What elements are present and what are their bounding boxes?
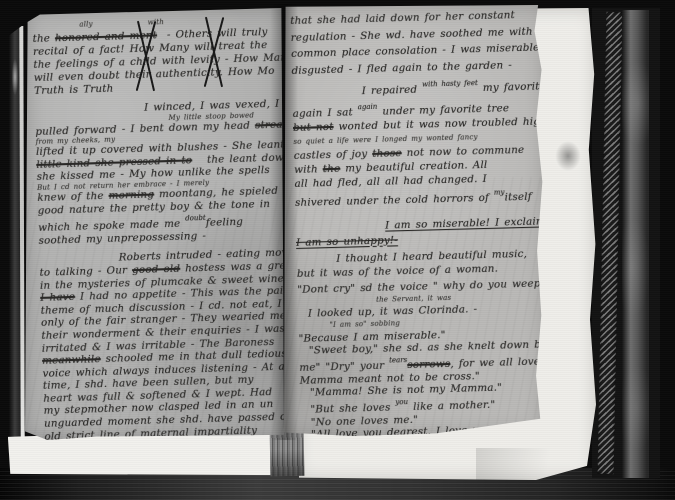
handwriting-segment: you xyxy=(395,398,408,406)
paragraph: I winced, I was vexed, I was My little s… xyxy=(35,98,284,248)
paragraph: ally withthe honored and ment - Others w… xyxy=(32,13,280,98)
handwriting-segment: my favorite haunt, xyxy=(478,79,546,94)
handwriting-segment: not now to commune xyxy=(401,144,524,159)
light-reflection xyxy=(11,54,19,100)
handwriting-segment: I repaired xyxy=(292,84,422,99)
paragraph: that she had laid down for her constantr… xyxy=(290,7,538,79)
manuscript-page-right: that she had laid down for her constantr… xyxy=(284,5,546,436)
handwriting-segment: like a mother." xyxy=(408,399,496,413)
handwriting-segment: the leant down xyxy=(192,151,284,166)
paragraph: I am so miserable! I exclaimedI am so un… xyxy=(295,214,542,250)
handwriting-left: ally withthe honored and ment - Others w… xyxy=(32,13,284,440)
handwriting-segment: doubt xyxy=(185,214,206,223)
handwriting-segment: the xyxy=(323,162,341,174)
handwriting-segment: disgusted - I fled again to the garden - xyxy=(291,59,512,77)
handwriting-segment xyxy=(295,219,385,233)
handwriting-segment: "I am so" sobbing xyxy=(298,320,400,331)
handwriting-segment: sorrows xyxy=(407,358,450,371)
handwriting-segment: my xyxy=(494,188,505,196)
manuscript-photograph: ally withthe honored and ment - Others w… xyxy=(0,0,675,500)
book-board xyxy=(592,8,660,478)
handwriting-segment: with xyxy=(294,163,323,176)
paragraph: again I sat again under my favorite tree… xyxy=(292,95,541,209)
handwriting-segment: I am so miserable! I exclaimed xyxy=(385,215,546,232)
handwriting-segment: with hasty feet xyxy=(422,79,478,88)
paragraph: I thought I heard beautiful music,but it… xyxy=(296,246,543,280)
handwriting-segment: itself xyxy=(504,190,531,203)
handwriting-segment: stream xyxy=(255,118,284,131)
handwriting-segment: I have xyxy=(40,291,75,304)
handwriting-segment: meanwhile xyxy=(42,353,101,367)
handwriting-segment: ally with xyxy=(32,18,164,30)
spine-cord xyxy=(598,12,623,474)
paragraph: "Dont cry" sd the voice " why do you wee… xyxy=(297,277,546,436)
handwriting-segment: morning xyxy=(108,188,154,201)
handwriting-right: that she had laid down for her constantr… xyxy=(290,7,546,436)
handwriting-segment: Truth is Truth xyxy=(34,83,114,97)
handwriting-segment: feeling xyxy=(206,216,244,229)
handwriting-segment: shivered under the cold horrors of xyxy=(295,191,494,208)
handwriting-segment: so quiet a life were I longed my wonted … xyxy=(293,133,477,146)
handwriting-segment: , for we all love you - xyxy=(450,355,546,370)
handwriting-segment: but not xyxy=(293,120,334,133)
manuscript-page-left: ally withthe honored and ment - Others w… xyxy=(24,8,284,440)
handwriting-segment: I am so unhappy!- xyxy=(296,234,398,249)
page-edges-stack xyxy=(270,428,305,477)
left-sheet-edge xyxy=(19,26,24,438)
handwriting-segment: the xyxy=(32,32,55,45)
handwriting-segment: tears xyxy=(389,356,407,364)
paper-stain xyxy=(551,136,585,176)
handwriting-segment: good old xyxy=(132,263,180,276)
handwriting-segment: those xyxy=(372,147,402,160)
paragraph: Roberts intruded - eating movedto talkin… xyxy=(39,247,284,440)
spine-roll xyxy=(622,10,649,478)
handwriting-segment: again I sat xyxy=(292,106,357,120)
handwriting-segment: again xyxy=(358,102,378,111)
handwriting-segment: castles of joy xyxy=(294,147,373,161)
